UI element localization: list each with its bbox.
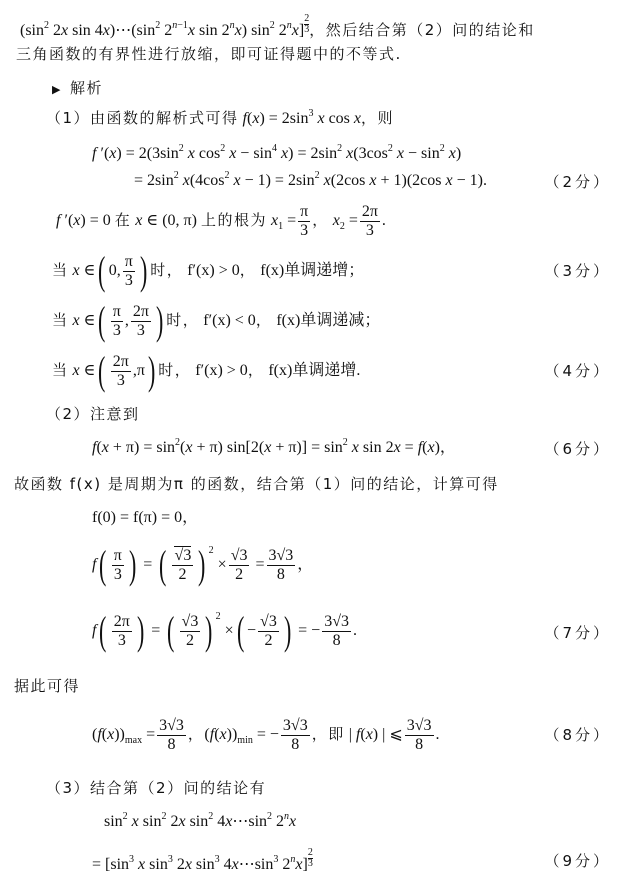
case-decreasing: 当 x ∈(π3,2π3)时， f′(x) < 0， f(x)单调递减； xyxy=(52,300,380,341)
score-9: （9分） xyxy=(544,850,611,871)
triangle-bullet-icon: ▶ xyxy=(52,83,62,96)
hence-label: 据此可得 xyxy=(14,676,80,696)
f-zero: f(0) = f(π) = 0， xyxy=(92,508,198,528)
section-title: ▶解析 xyxy=(52,78,103,100)
max-min-bound: (f(x))max =3√38，(f(x))min = −3√38，即 | f(… xyxy=(92,712,440,757)
score-3: （3分） xyxy=(544,260,611,281)
f-pi-over-3: f(π3) = (√32)2 ×√32 =3√38， xyxy=(92,540,313,590)
score-7: （7分） xyxy=(544,622,611,643)
period-conclusion: 故函数 f(x) 是周期为π 的函数，结合第（1）问的结论，计算可得 xyxy=(14,474,499,494)
derivative-line-2: = 2sin2 x(4cos2 x − 1) = 2sin2 x(2cos x … xyxy=(134,171,487,191)
part3-product-line: sin2 x sin2 2x sin2 4x⋯sin2 2nx xyxy=(104,812,296,832)
score-2: （2分） xyxy=(544,171,611,192)
case-increasing-2: 当 x ∈(2π3,π)时， f′(x) > 0， f(x)单调递增. xyxy=(52,350,360,391)
f-2pi-over-3: f(2π3) = (√32)2 ×(−√32) = −3√38. xyxy=(92,606,357,656)
part3-power-line: = [sin3 x sin3 2x sin3 4x⋯sin3 2nx]23 xyxy=(92,848,313,875)
intro-line-1: (sin2 2x sin 4x)⋯(sin2 2n−1x sin 2nx) si… xyxy=(20,14,535,41)
part1-intro: （1）由函数的解析式可得 f(x) = 2sin3 x cos x，则 xyxy=(46,108,394,129)
part3-label: （3）结合第（2）问的结论有 xyxy=(46,778,266,798)
part2-label: （2）注意到 xyxy=(46,404,140,424)
part3-exponent: 23 xyxy=(308,848,313,869)
derivative-line-1: f ′(x) = 2(3sin2 x cos2 x − sin4 x) = 2s… xyxy=(92,144,461,164)
intro-line-2: 三角函数的有界性进行放缩，即可证得题中的不等式. xyxy=(16,44,402,64)
case-increasing-1: 当 x ∈(0,π3)时， f′(x) > 0， f(x)单调递增； xyxy=(52,250,364,291)
roots-line: f ′(x) = 0 在 x ∈ (0, π) 上的根为 x1 =π3， x2 … xyxy=(56,200,386,241)
intro-text: ，然后结合第（2）问的结论和 xyxy=(309,21,535,39)
periodicity-equation: f(x + π) = sin2(x + π) sin[2(x + π)] = s… xyxy=(92,438,456,458)
intro-math: (sin2 2x sin 4x)⋯(sin2 2n−1x sin 2nx) si… xyxy=(20,22,304,39)
score-6: （6分） xyxy=(544,438,611,459)
score-8: （8分） xyxy=(544,724,611,745)
score-4: （4分） xyxy=(544,360,611,381)
